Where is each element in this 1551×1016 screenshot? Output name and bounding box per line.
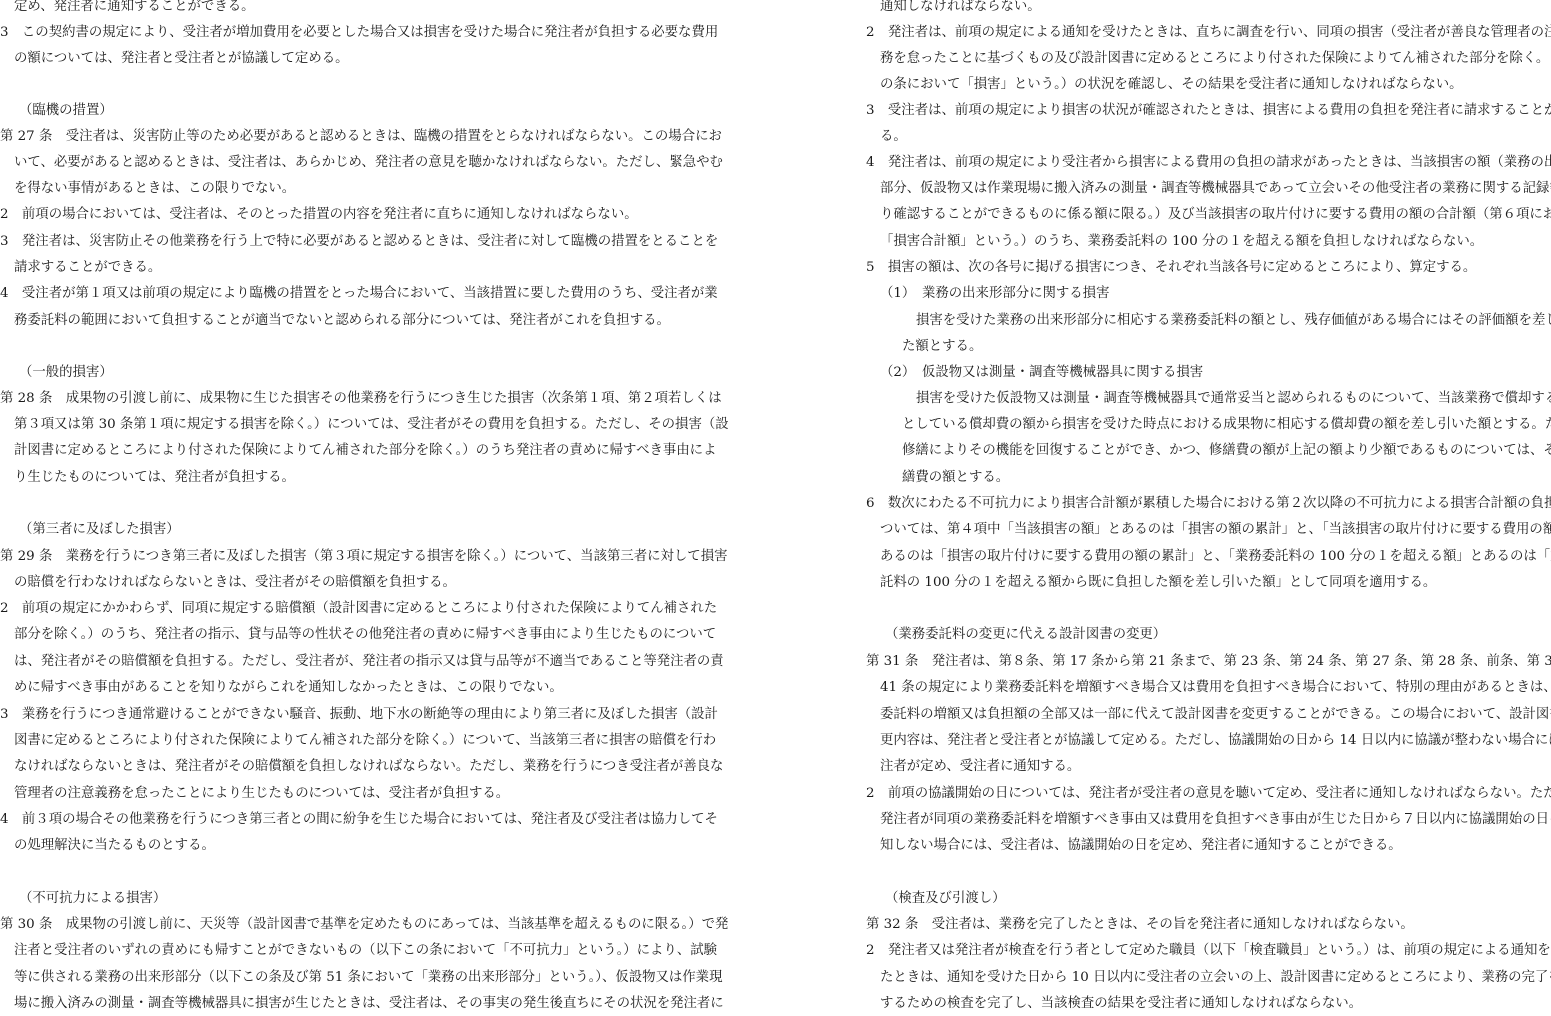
text-line: めに帰すべき事由があることを知りながらこれを通知しなかったときは、この限りでない… <box>14 675 563 701</box>
section-heading: （一般的損害） <box>19 360 113 386</box>
text-line: 6 数次にわたる不可抗力により損害合計額が累積した場合における第２次以降の不可抗… <box>866 491 1551 517</box>
text-line: 第 31 条 発注者は、第８条、第 17 条から第 21 条まで、第 23 条、… <box>866 649 1551 675</box>
text-line: 託料の 100 分の１を超える額から既に負担した額を差し引いた額」として同項を適… <box>880 570 1436 596</box>
text-line: としている償却費の額から損害を受けた時点における成果物に相応する償却費の額を差し… <box>902 412 1551 438</box>
text-line: 請求することができる。 <box>14 255 161 281</box>
text-line: 委託料の増額又は負担額の全部又は一部に代えて設計図書を変更することができる。この… <box>880 702 1551 728</box>
text-line: の賠償を行わなければならないときは、受注者がその賠償額を負担する。 <box>14 570 456 596</box>
text-line: 図書に定めるところにより付された保険によりてん補された部分を除く。）について、当… <box>14 728 716 754</box>
text-line: を得ない事情があるときは、この限りでない。 <box>14 176 295 202</box>
text-line: 3 業務を行うにつき通常避けることができない騒音、振動、地下水の断絶等の理由によ… <box>0 702 718 728</box>
text-line: （2） 仮設物又は測量・調査等機械器具に関する損害 <box>880 360 1203 386</box>
section-heading: （業務委託料の変更に代える設計図書の変更） <box>885 622 1166 648</box>
text-line: 損害を受けた業務の出来形部分に相応する業務委託料の額とし、残存価値がある場合には… <box>916 308 1551 334</box>
text-line: 3 受注者は、前項の規定により損害の状況が確認されたときは、損害による費用の負担… <box>866 98 1551 124</box>
text-line: 部分、仮設物又は作業現場に搬入済みの測量・調査等機械器具であって立会いその他受注… <box>880 176 1551 202</box>
section-heading: （検査及び引渡し） <box>885 886 1006 912</box>
text-line: 4 受注者が第１項又は前項の規定により臨機の措置をとった場合において、当該措置に… <box>0 281 718 307</box>
text-line: 修繕によりその機能を回復することができ、かつ、修繕費の額が上記の額より少額である… <box>902 438 1551 464</box>
text-line: 場に搬入済みの測量・調査等機械器具に損害が生じたときは、受注者は、その事実の発生… <box>14 991 724 1016</box>
text-line: 2 発注者は、前項の規定による通知を受けたときは、直ちに調査を行い、同項の損害（… <box>866 20 1551 46</box>
text-line: 定め、発注者に通知することができる。 <box>14 0 255 20</box>
text-line: 2 前項の場合においては、受注者は、そのとった措置の内容を発注者に直ちに通知しな… <box>0 202 638 228</box>
text-line: り生じたものについては、発注者が負担する。 <box>14 465 295 491</box>
text-line: 発注者が同項の業務委託料を増額すべき事由又は費用を負担すべき事由が生じた日から７… <box>880 807 1551 833</box>
text-line: （1） 業務の出来形部分に関する損害 <box>880 281 1109 307</box>
text-line: するための検査を完了し、当該検査の結果を受注者に通知しなければならない。 <box>880 991 1362 1016</box>
text-line: 繕費の額とする。 <box>902 465 1009 491</box>
text-line: 3 この契約書の規定により、受注者が増加費用を必要とした場合又は損害を受けた場合… <box>0 20 718 46</box>
text-line: 第３項又は第 30 条第１項に規定する損害を除く。）については、受注者がその費用… <box>14 412 729 438</box>
text-line: 5 損害の額は、次の各号に掲げる損害につき、それぞれ当該各号に定めるところにより… <box>866 255 1476 281</box>
text-line: 第 29 条 業務を行うにつき第三者に及ぼした損害（第３項に規定する損害を除く。… <box>0 544 727 570</box>
text-line: 管理者の注意義務を怠ったことにより生じたものについては、受注者が負担する。 <box>14 781 509 807</box>
text-line: 41 条の規定により業務委託料を増額すべき場合又は費用を負担すべき場合において、… <box>880 675 1551 701</box>
text-line: 損害を受けた仮設物又は測量・調査等機械器具で通常妥当と認められるものについて、当… <box>916 386 1551 412</box>
text-line: は、発注者がその賠償額を負担する。ただし、受注者が、発注者の指示又は貸与品等が不… <box>14 649 724 675</box>
text-line: 部分を除く。）のうち、発注者の指示、貸与品等の性状その他発注者の責めに帰すべき事… <box>14 622 716 648</box>
text-line: 注者と受注者のいずれの責めにも帰すことができないもの（以下この条において「不可抗… <box>14 938 717 964</box>
text-line: 第 27 条 受注者は、災害防止等のため必要があると認めるときは、臨機の措置をと… <box>0 124 722 150</box>
text-line: た額とする。 <box>902 334 982 360</box>
text-line: る。 <box>880 124 907 150</box>
text-line: 3 発注者は、災害防止その他業務を行う上で特に必要があると認めるときは、受注者に… <box>0 229 718 255</box>
text-line: 務を怠ったことに基づくもの及び設計図書に定めるところにより付された保険によりてん… <box>880 46 1551 72</box>
section-heading: （不可抗力による損害） <box>19 886 166 912</box>
text-line: 通知しなければならない。 <box>880 0 1041 20</box>
text-line: 2 前項の協議開始の日については、発注者が受注者の意見を聴いて定め、受注者に通知… <box>866 781 1551 807</box>
text-line: 4 前３項の場合その他業務を行うにつき第三者との間に紛争を生じた場合においては、… <box>0 807 718 833</box>
text-line: 注者が定め、受注者に通知する。 <box>880 754 1080 780</box>
text-line: 等に供される業務の出来形部分（以下この条及び第 51 条において「業務の出来形部… <box>14 965 722 991</box>
text-line: 更内容は、発注者と受注者とが協議して定める。ただし、協議開始の日から 14 日以… <box>880 728 1551 754</box>
text-line: り確認することができるものに係る額に限る。）及び当該損害の取片付けに要する費用の… <box>880 202 1551 228</box>
text-line: 第 28 条 成果物の引渡し前に、成果物に生じた損害その他業務を行うにつき生じた… <box>0 386 722 412</box>
text-line: いて、必要があると認めるときは、受注者は、あらかじめ、発注者の意見を聴かなければ… <box>14 150 723 176</box>
text-line: 2 前項の規定にかかわらず、同項に規定する賠償額（設計図書に定めるところにより付… <box>0 596 717 622</box>
section-heading: （臨機の措置） <box>19 98 113 124</box>
text-line: の条において「損害」という。）の状況を確認し、その結果を受注者に通知しなければな… <box>880 72 1462 98</box>
text-line: たときは、通知を受けた日から 10 日以内に受注者の立会いの上、設計図書に定める… <box>880 965 1551 991</box>
text-line: ついては、第４項中「当該損害の額」とあるのは「損害の額の累計」と、「当該損害の取… <box>880 517 1551 543</box>
text-line: 4 発注者は、前項の規定により受注者から損害による費用の負担の請求があったときは… <box>866 150 1551 176</box>
text-line: なければならないときは、発注者がその賠償額を負担しなければならない。ただし、業務… <box>14 754 723 780</box>
section-heading: （第三者に及ぼした損害） <box>19 517 180 543</box>
text-line: 第 30 条 成果物の引渡し前に、天災等（設計図書で基準を定めたものにあっては、… <box>0 912 728 938</box>
text-line: の処理解決に当たるものとする。 <box>14 833 215 859</box>
text-line: 務委託料の範囲において負担することが適当でないと認められる部分については、発注者… <box>14 308 670 334</box>
text-line: 2 発注者又は発注者が検査を行う者として定めた職員（以下「検査職員」という。）は… <box>866 938 1551 964</box>
text-line: の額については、発注者と受注者とが協議して定める。 <box>14 46 349 72</box>
text-line: 第 32 条 受注者は、業務を完了したときは、その旨を発注者に通知しなければなら… <box>866 912 1414 938</box>
text-line: あるのは「損害の取片付けに要する費用の額の累計」と、「業務委託料の 100 分の… <box>880 544 1551 570</box>
text-line: 計図書に定めるところにより付された保険によりてん補された部分を除く。）のうち発注… <box>14 438 716 464</box>
text-line: 知しない場合には、受注者は、協議開始の日を定め、発注者に通知することができる。 <box>880 833 1402 859</box>
text-line: 「損害合計額」という。）のうち、業務委託料の 100 分の１を超える額を負担しな… <box>880 229 1483 255</box>
